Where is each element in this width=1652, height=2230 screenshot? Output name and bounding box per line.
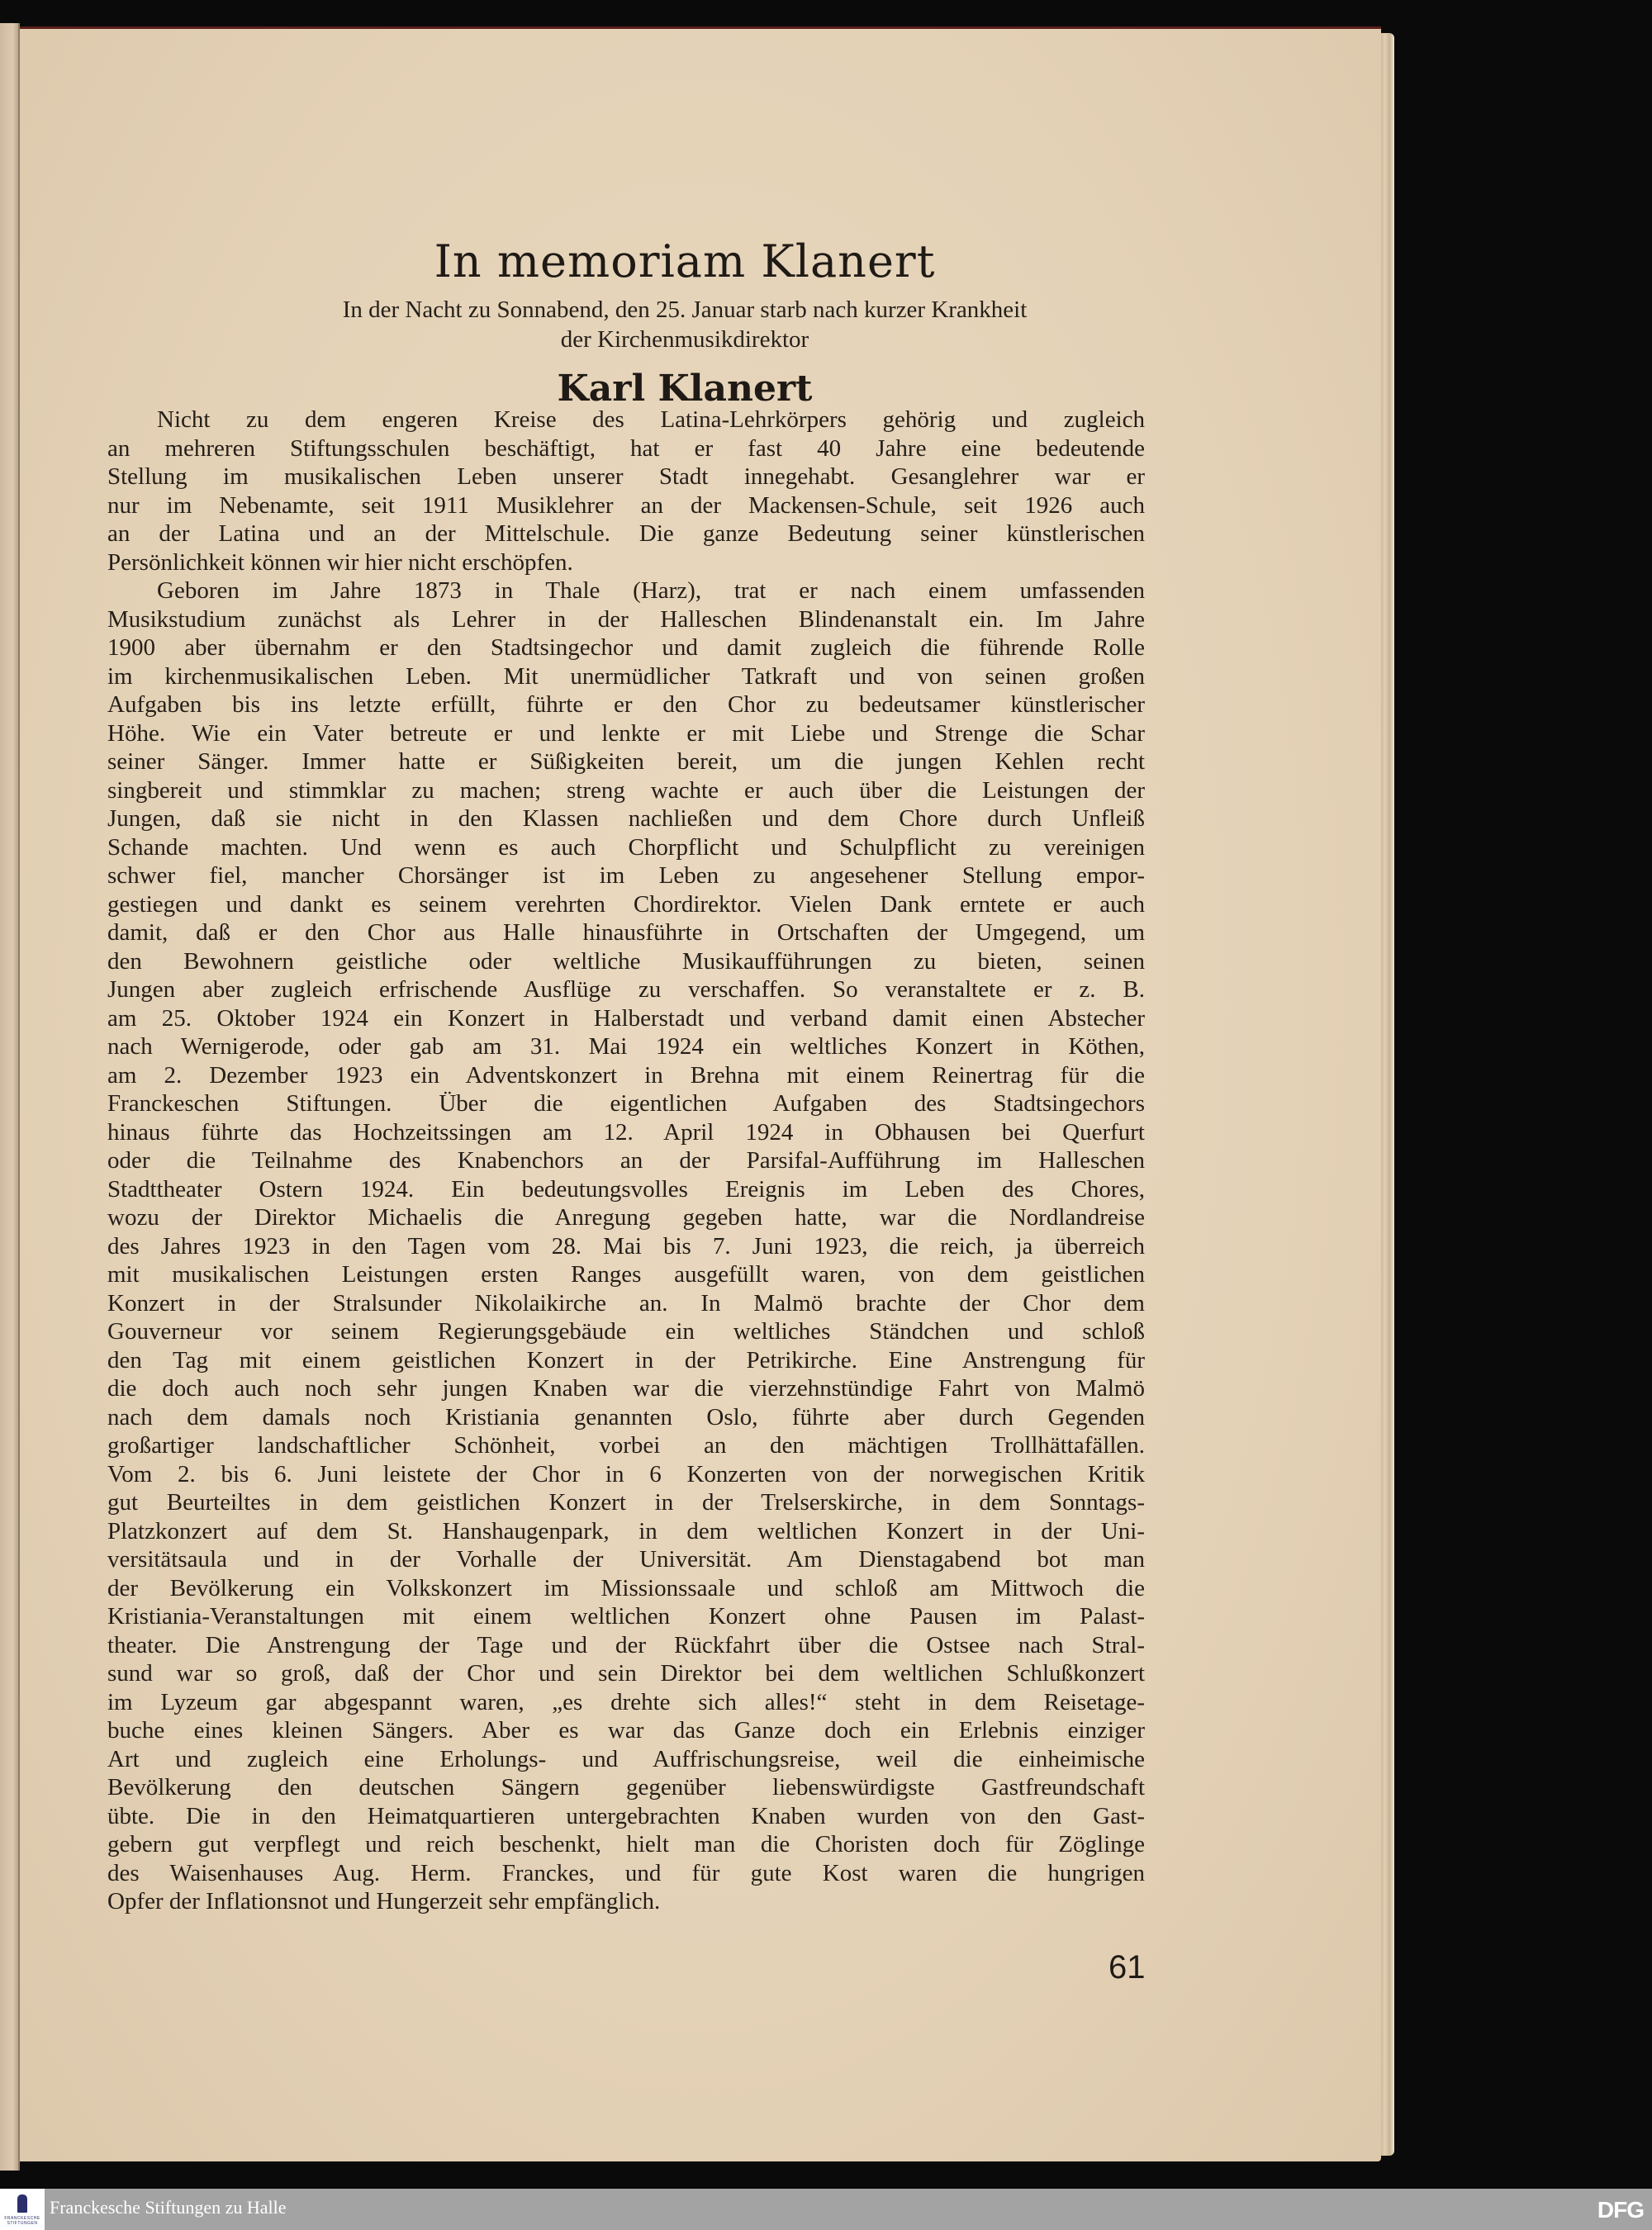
subtitle-line: der Kirchenmusikdirektor [4, 325, 1365, 354]
text-line: Jungen aber zugleich erfrischende Ausflü… [107, 975, 1145, 1004]
text-line: des Waisenhauses Aug. Herm. Franckes, un… [107, 1859, 1145, 1888]
dfg-logo[interactable]: DFG [1597, 2197, 1644, 2223]
text-line: oder die Teilnahme des Knabenchors an de… [107, 1146, 1145, 1175]
scanned-page: In memoriam Klanert In der Nacht zu Sonn… [20, 26, 1381, 2161]
text-line: an mehreren Stiftungsschulen beschäftigt… [107, 434, 1145, 463]
institution-name[interactable]: Franckesche Stiftungen zu Halle [50, 2197, 287, 2218]
text-line: seiner Sänger. Immer hatte er Süßigkeite… [107, 747, 1145, 776]
text-line: an der Latina und an der Mittelschule. D… [107, 520, 1145, 548]
text-line: hinaus führte das Hochzeitssingen am 12.… [107, 1118, 1145, 1147]
text-line: gut Beurteiltes in dem geistlichen Konze… [107, 1488, 1145, 1517]
text-line: Persönlichkeit können wir hier nicht ers… [107, 548, 1145, 577]
page-number: 61 [1108, 1949, 1146, 1986]
text-line: nur im Nebenamte, seit 1911 Musiklehrer … [107, 491, 1145, 520]
text-line: Geboren im Jahre 1873 in Thale (Harz), t… [107, 576, 1145, 605]
text-line: des Jahres 1923 in den Tagen vom 28. Mai… [107, 1232, 1145, 1261]
text-line: damit, daß er den Chor aus Halle hinausf… [107, 918, 1145, 947]
text-line: mit musikalischen Leistungen ersten Rang… [107, 1260, 1145, 1289]
text-line: am 25. Oktober 1924 ein Konzert in Halbe… [107, 1004, 1145, 1033]
text-line: am 2. Dezember 1923 ein Adventskonzert i… [107, 1061, 1145, 1090]
text-line: Vom 2. bis 6. Juni leistete der Chor in … [107, 1460, 1145, 1489]
subtitle-line: In der Nacht zu Sonnabend, den 25. Janua… [4, 295, 1365, 325]
text-line: nach Wernigerode, oder gab am 31. Mai 19… [107, 1032, 1145, 1061]
text-line: im kirchenmusikalischen Leben. Mit unerm… [107, 662, 1145, 691]
text-line: den Tag mit einem geistlichen Konzert in… [107, 1346, 1145, 1375]
article-body: Nicht zu dem engeren Kreise des Latina-L… [107, 406, 1145, 1916]
text-line: wozu der Direktor Michaelis die Anregung… [107, 1203, 1145, 1232]
text-line: im Lyzeum gar abgespannt waren, „es dreh… [107, 1688, 1145, 1717]
text-line: Franckeschen Stiftungen. Über die eigent… [107, 1089, 1145, 1118]
text-line: Schande machten. Und wenn es auch Chorpf… [107, 833, 1145, 862]
text-line: Jungen, daß sie nicht in den Klassen nac… [107, 804, 1145, 833]
footer-bar: FRANCKESCHE STIFTUNGEN Franckesche Stift… [0, 2189, 1652, 2230]
logo-caption: FRANCKESCHE STIFTUNGEN [0, 2216, 45, 2226]
text-line: Höhe. Wie ein Vater betreute er und lenk… [107, 719, 1145, 748]
text-line: buche eines kleinen Sängers. Aber es war… [107, 1716, 1145, 1745]
text-line: 1900 aber übernahm er den Stadtsingechor… [107, 633, 1145, 662]
statue-icon [17, 2194, 27, 2213]
text-line: Gouverneur vor seinem Regierungsgebäude … [107, 1317, 1145, 1346]
text-line: schwer fiel, mancher Chorsänger ist im L… [107, 861, 1145, 890]
text-line: der Bevölkerung ein Volkskonzert im Miss… [107, 1574, 1145, 1603]
subtitle: In der Nacht zu Sonnabend, den 25. Janua… [4, 295, 1365, 354]
text-line: gestiegen und dankt es seinem verehrten … [107, 890, 1145, 919]
page-title: In memoriam Klanert [4, 235, 1365, 287]
text-line: Stellung im musikalischen Leben unserer … [107, 463, 1145, 491]
text-line: Konzert in der Stralsunder Nikolaikirche… [107, 1289, 1145, 1318]
text-line: sund war so groß, daß der Chor und sein … [107, 1659, 1145, 1688]
text-line: die doch auch noch sehr jungen Knaben wa… [107, 1374, 1145, 1403]
text-line: gebern gut verpflegt und reich beschenkt… [107, 1830, 1145, 1859]
text-line: Kristiania-Veranstaltungen mit einem wel… [107, 1602, 1145, 1631]
text-line: Aufgaben bis ins letzte erfüllt, führte … [107, 690, 1145, 719]
text-line: Opfer der Inflationsnot und Hungerzeit s… [107, 1887, 1145, 1916]
text-line: nach dem damals noch Kristiania genannte… [107, 1403, 1145, 1432]
text-line: übte. Die in den Heimatquartieren unterg… [107, 1802, 1145, 1831]
name-heading: Karl Klanert [4, 368, 1365, 410]
text-line: Bevölkerung den deutschen Sängern gegenü… [107, 1773, 1145, 1802]
text-line: Musikstudium zunächst als Lehrer in der … [107, 605, 1145, 634]
text-line: Platzkonzert auf dem St. Hanshaugenpark,… [107, 1517, 1145, 1546]
text-line: singbereit und stimmklar zu machen; stre… [107, 776, 1145, 805]
text-line: Art und zugleich eine Erholungs- und Auf… [107, 1745, 1145, 1774]
text-line: Stadttheater Ostern 1924. Ein bedeutungs… [107, 1175, 1145, 1204]
text-line: theater. Die Anstrengung der Tage und de… [107, 1631, 1145, 1660]
text-line: den Bewohnern geistliche oder weltliche … [107, 947, 1145, 976]
text-line: versitätsaula und in der Vorhalle der Un… [107, 1545, 1145, 1574]
franckesche-stiftungen-logo[interactable]: FRANCKESCHE STIFTUNGEN [0, 2189, 45, 2230]
text-line: großartiger landschaftlicher Schönheit, … [107, 1431, 1145, 1460]
text-line: Nicht zu dem engeren Kreise des Latina-L… [107, 406, 1145, 434]
